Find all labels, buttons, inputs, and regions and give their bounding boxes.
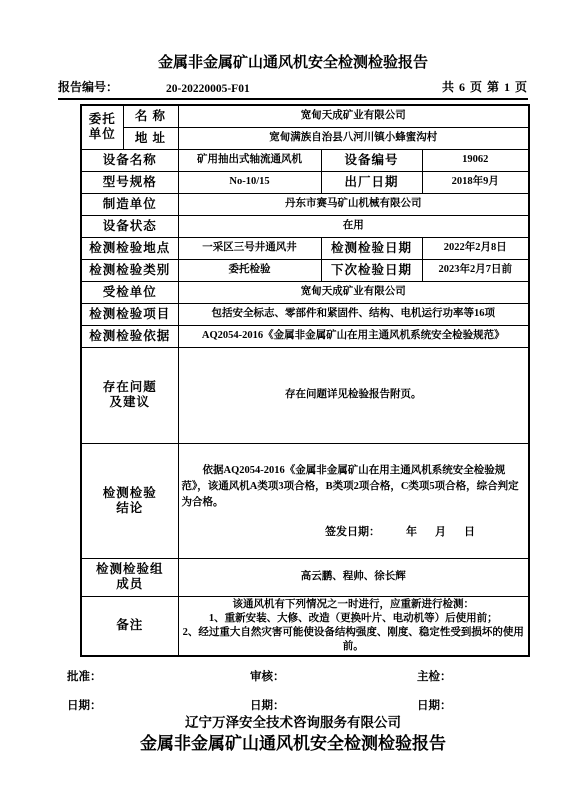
client-unit-label: 委托 单位 xyxy=(81,105,123,149)
test-date-label: 检测检验日期 xyxy=(321,237,422,259)
location-label: 检测检验地点 xyxy=(81,237,178,259)
device-status-label: 设备状态 xyxy=(81,215,178,237)
test-type-label: 检测检验类别 xyxy=(81,259,178,281)
report-no-label: 报告编号： xyxy=(58,78,118,95)
basis-label: 检测检验依据 xyxy=(81,325,178,347)
approve-label: 批准： xyxy=(67,668,102,684)
client-name-label: 名 称 xyxy=(123,105,178,127)
approve-date-label: 日期： xyxy=(67,697,102,713)
manufacturer-value: 丹东市赛马矿山机械有限公司 xyxy=(178,193,529,215)
team-label: 检测检验组 成员 xyxy=(81,558,178,596)
problems-value: 存在问题详见检验报告附页。 xyxy=(178,347,529,443)
sign-date-row: 签发日期： 年 月 日 xyxy=(182,525,526,539)
problems-label: 存在问题 及建议 xyxy=(81,347,178,443)
review-label: 审核： xyxy=(250,668,285,684)
footer-company: 辽宁万泽安全技术咨询服务有限公司 xyxy=(58,715,528,731)
sign-month-label: 月 xyxy=(435,525,446,539)
model-value: No-10/15 xyxy=(178,171,321,193)
device-status-value: 在用 xyxy=(178,215,529,237)
device-name-label: 设备名称 xyxy=(81,149,178,171)
inspected-unit-label: 受检单位 xyxy=(81,281,178,303)
mfg-date-label: 出厂日期 xyxy=(321,171,422,193)
report-number-row: 报告编号： 20-20220005-F01 共 6 页 第 1 页 xyxy=(58,78,528,100)
manufacturer-label: 制造单位 xyxy=(81,193,178,215)
items-value: 包括安全标志、零部件和紧固件、结构、电机运行功率等16项 xyxy=(178,303,529,325)
location-value: 一采区三号井通风井 xyxy=(178,237,321,259)
sign-year-label: 年 xyxy=(406,525,417,539)
device-no-value: 19062 xyxy=(422,149,529,171)
report-table: 委托 单位 名 称 宽甸天成矿业有限公司 地 址 宽甸满族自治县八河川镇小蜂蜜沟… xyxy=(80,104,530,657)
basis-value: AQ2054-2016《金属非金属矿山在用主通风机系统安全检验规范》 xyxy=(178,325,529,347)
doc-title: 金属非金属矿山通风机安全检测检验报告 xyxy=(58,53,528,73)
client-addr-label: 地 址 xyxy=(123,127,178,149)
conclusion-label: 检测检验 结论 xyxy=(81,443,178,558)
conclusion-text: 依据AQ2054-2016《金属非金属矿山在用主通风机系统安全检验规范》，该通风… xyxy=(182,463,526,511)
inspected-unit-value: 宽甸天成矿业有限公司 xyxy=(178,281,529,303)
device-no-label: 设备编号 xyxy=(321,149,422,171)
test-date-value: 2022年2月8日 xyxy=(422,237,529,259)
client-addr-value: 宽甸满族自治县八河川镇小蜂蜜沟村 xyxy=(178,127,529,149)
footer-title: 金属非金属矿山通风机安全检测检验报告 xyxy=(58,732,528,756)
remark-label: 备注 xyxy=(81,596,178,656)
chief-label: 主检： xyxy=(417,668,452,684)
next-date-value: 2023年2月7日前 xyxy=(422,259,529,281)
test-type-value: 委托检验 xyxy=(178,259,321,281)
signature-row-2: 日期： 日期： 日期： xyxy=(58,697,528,712)
sign-date-label: 签发日期： xyxy=(325,525,380,539)
next-date-label: 下次检验日期 xyxy=(321,259,422,281)
page-count: 共 6 页 第 1 页 xyxy=(442,78,528,95)
items-label: 检测检验项目 xyxy=(81,303,178,325)
report-no-value: 20-20220005-F01 xyxy=(166,83,250,95)
chief-date-label: 日期： xyxy=(417,697,452,713)
signature-row-1: 批准： 审核： 主检： xyxy=(58,668,528,683)
client-name-value: 宽甸天成矿业有限公司 xyxy=(178,105,529,127)
sign-day-label: 日 xyxy=(464,525,475,539)
mfg-date-value: 2018年9月 xyxy=(422,171,529,193)
model-label: 型号规格 xyxy=(81,171,178,193)
report-page: 金属非金属矿山通风机安全检测检验报告 报告编号： 20-20220005-F01… xyxy=(0,0,567,802)
remark-value: 该通风机有下列情况之一时进行，应重新进行检测： 1、重新安装、大修、改造（更换叶… xyxy=(178,596,529,656)
device-name-value: 矿用抽出式轴流通风机 xyxy=(178,149,321,171)
conclusion-cell: 依据AQ2054-2016《金属非金属矿山在用主通风机系统安全检验规范》，该通风… xyxy=(178,443,529,558)
team-value: 高云鹏、程帅、徐长辉 xyxy=(178,558,529,596)
review-date-label: 日期： xyxy=(250,697,285,713)
